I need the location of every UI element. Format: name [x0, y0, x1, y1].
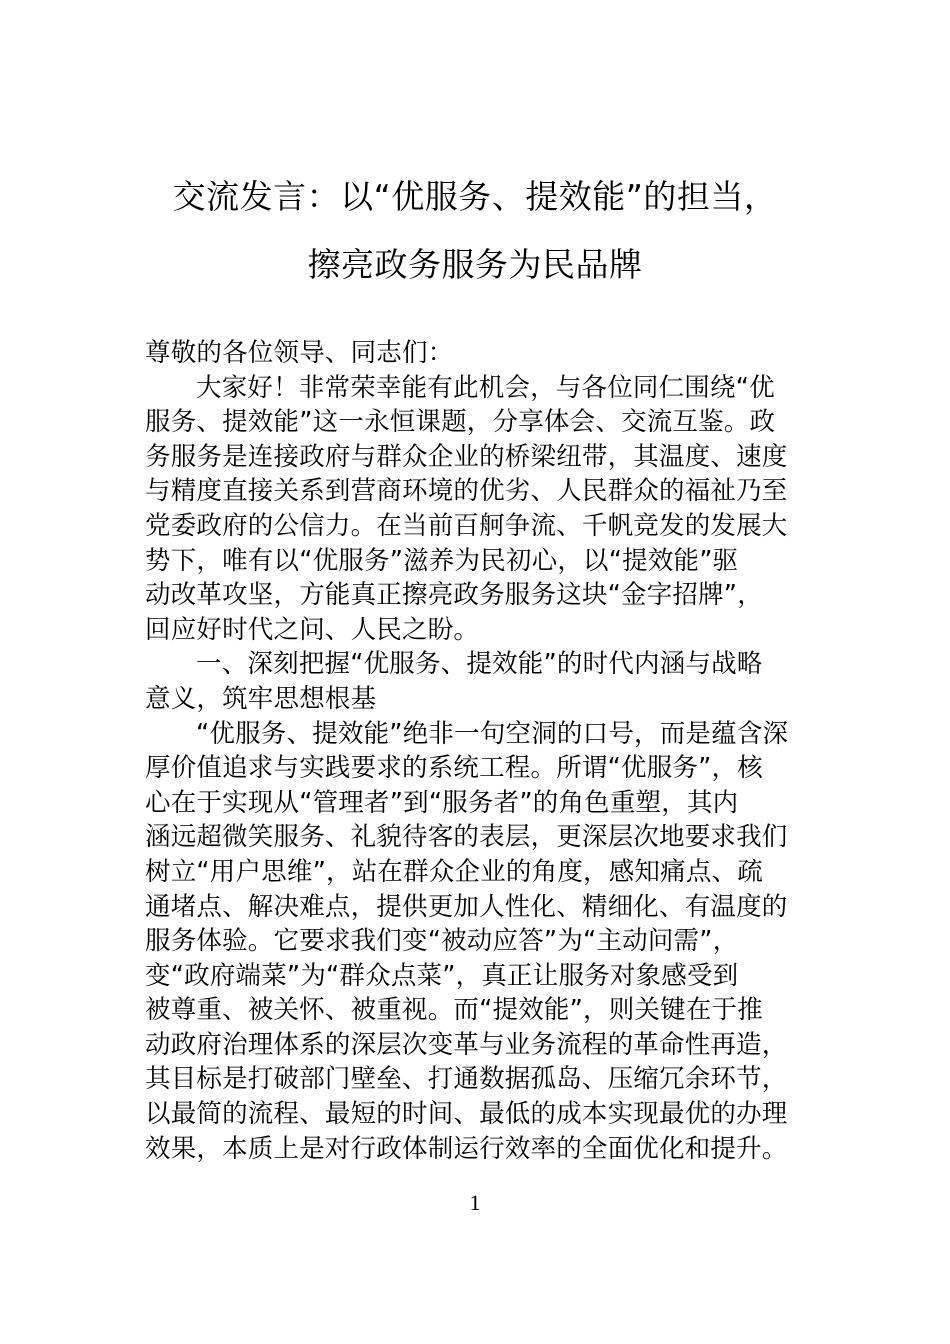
text-line: 效果，本质上是对行政体制运行效率的全面优化和提升。 [145, 1132, 810, 1167]
text-line: 势下，唯有以“优服务”滋养为民初心，以“提效能”驱 [145, 544, 810, 579]
text-line: “优服务、提效能”绝非一句空洞的口号，而是蕴含深 [145, 717, 810, 752]
text-line: 服务体验。它要求我们变“被动应答”为“主动问需”， [145, 924, 810, 959]
text-line: 其目标是打破部门壁垒、打通数据孤岛、压缩冗余环节， [145, 1062, 810, 1097]
text-line: 务服务是连接政府与群众企业的桥梁纽带，其温度、速度 [145, 440, 810, 475]
text-line: 涵远超微笑服务、礼貌待客的表层，更深层次地要求我们 [145, 820, 810, 855]
document-body: 尊敬的各位领导、同志们：大家好！非常荣幸能有此机会，与各位同仁围绕“优服务、提效… [145, 336, 810, 1166]
text-line: 通堵点、解决难点，提供更加人性化、精细化、有温度的 [145, 890, 810, 925]
text-line: 一、深刻把握“优服务、提效能”的时代内涵与战略 [145, 647, 810, 682]
text-line: 心在于实现从“管理者”到“服务者”的角色重塑，其内 [145, 786, 810, 821]
text-line: 动改革攻坚，方能真正擦亮政务服务这块“金字招牌”， [145, 578, 810, 613]
page-number: 1 [0, 1190, 950, 1216]
text-line: 被尊重、被关怀、被重视。而“提效能”，则关键在于推 [145, 993, 810, 1028]
text-line: 厚价值追求与实践要求的系统工程。所谓“优服务”，核 [145, 751, 810, 786]
text-line: 回应好时代之问、人民之盼。 [145, 613, 810, 648]
title-line-2: 擦亮政务服务为民品牌 [120, 245, 830, 285]
text-line: 服务、提效能”这一永恒课题，分享体会、交流互鉴。政 [145, 405, 810, 440]
text-line: 意义，筑牢思想根基 [145, 682, 810, 717]
text-line: 党委政府的公信力。在当前百舸争流、千帆竞发的发展大 [145, 509, 810, 544]
text-line: 变“政府端菜”为“群众点菜”，真正让服务对象感受到 [145, 959, 810, 994]
text-line: 与精度直接关系到营商环境的优劣、人民群众的福祉乃至 [145, 474, 810, 509]
text-line: 以最简的流程、最短的时间、最低的成本实现最优的办理 [145, 1097, 810, 1132]
text-line: 大家好！非常荣幸能有此机会，与各位同仁围绕“优 [145, 371, 810, 406]
text-line: 尊敬的各位领导、同志们： [145, 336, 810, 371]
document-page: 交流发言：以“优服务、提效能”的担当， 擦亮政务服务为民品牌 尊敬的各位领导、同… [0, 0, 950, 1344]
text-line: 树立“用户思维”，站在群众企业的角度，感知痛点、疏 [145, 855, 810, 890]
text-line: 动政府治理体系的深层次变革与业务流程的革命性再造， [145, 1028, 810, 1063]
title-line-1: 交流发言：以“优服务、提效能”的担当， [120, 177, 830, 217]
